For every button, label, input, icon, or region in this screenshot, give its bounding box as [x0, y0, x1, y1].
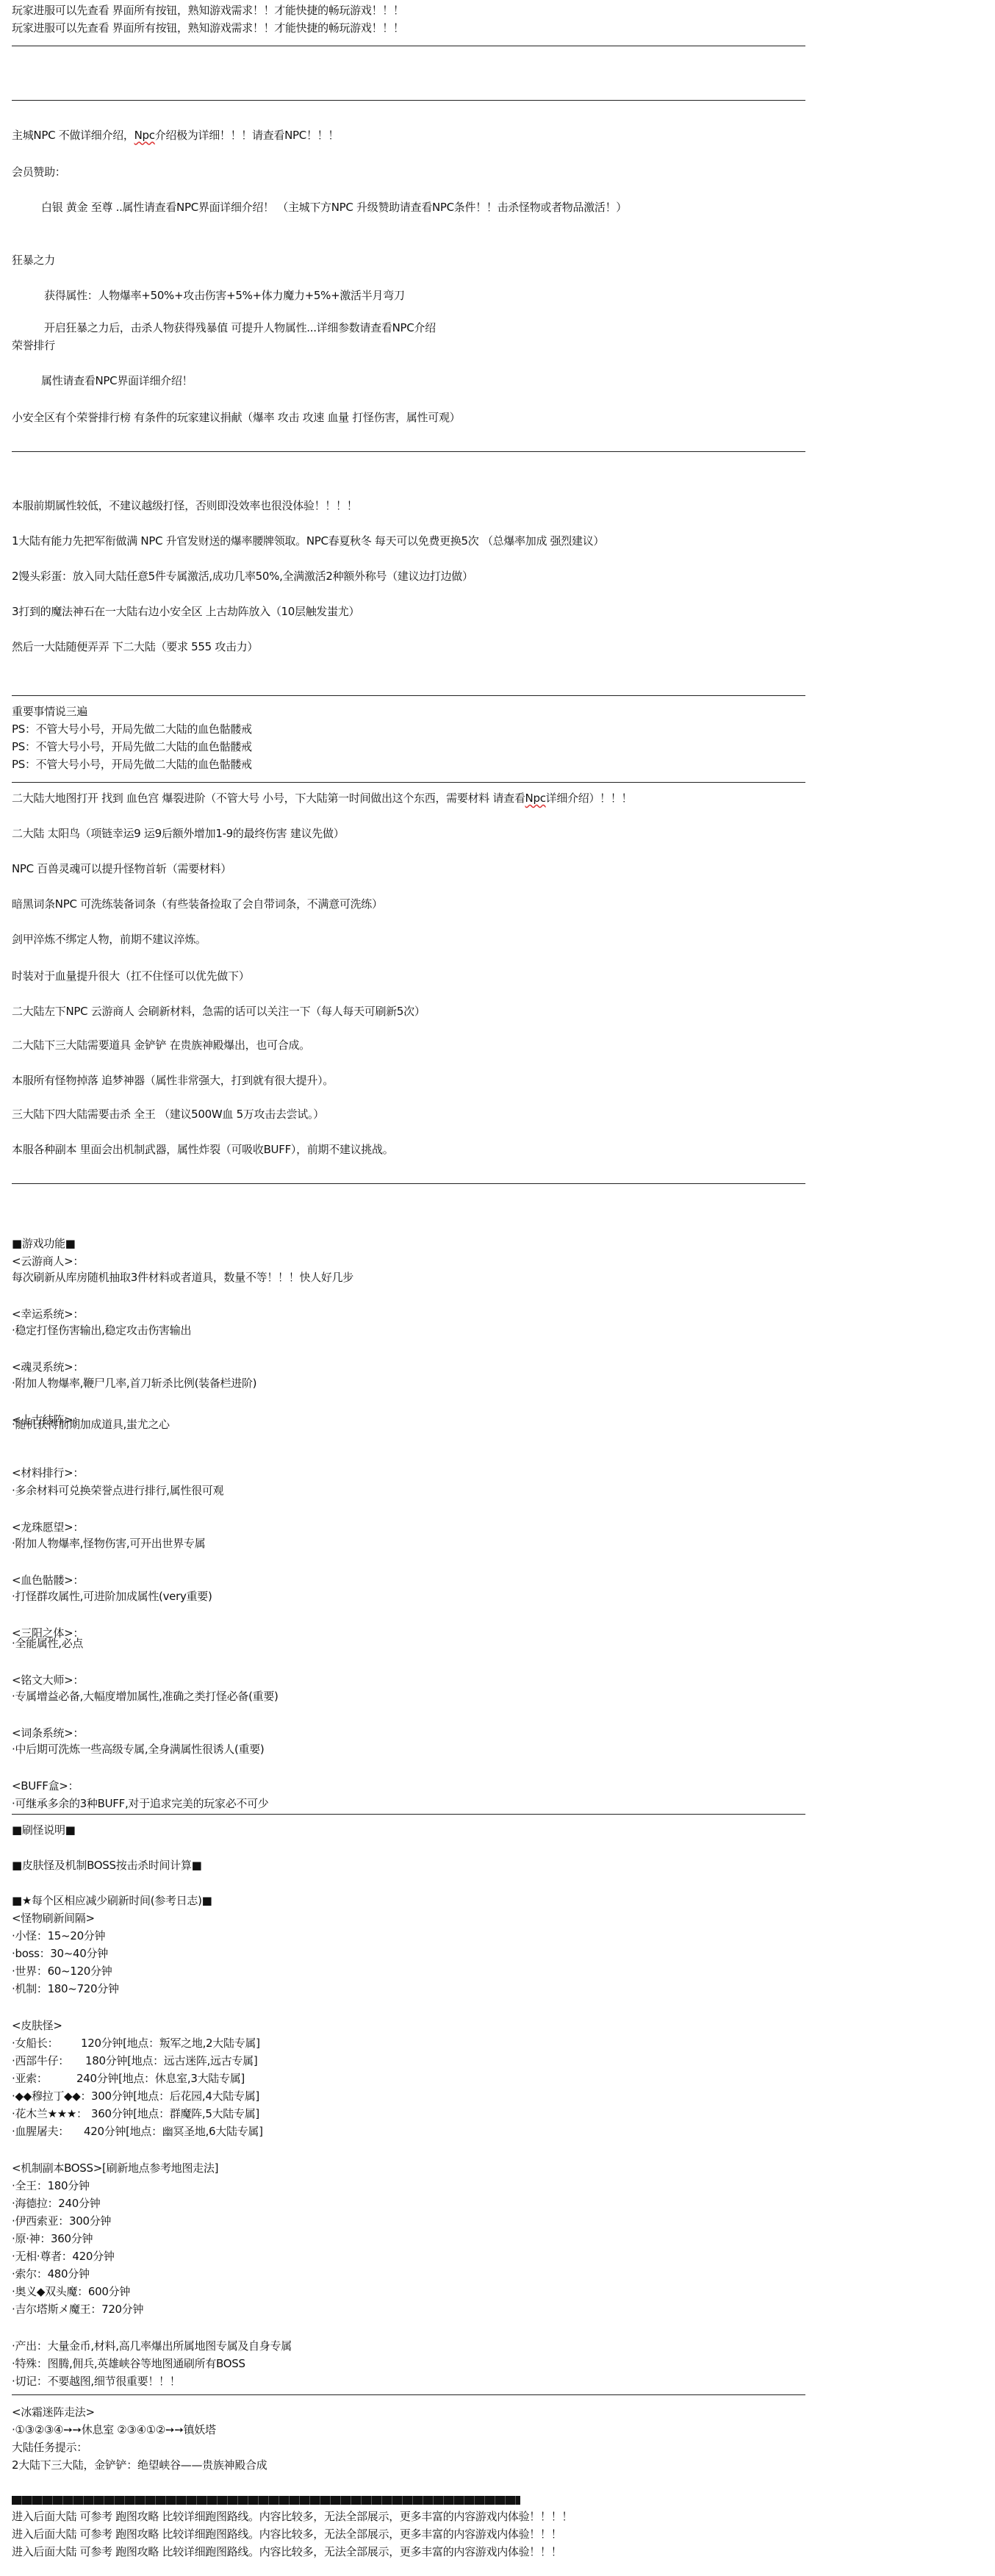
feature-name: <BUFF盒>： [12, 1779, 79, 1793]
interval-item: ·boss：30~40分钟 [12, 1946, 108, 1961]
continent2-line: 本服各种副本 里面会出机制武器，属性炸裂（可吸收BUFF），前期不建议挑战。 [12, 1142, 393, 1157]
tip-line: 本服前期属性较低，不建议越级打怪，否则即没效率也很没体验！！！！ [12, 498, 357, 513]
feature-name: <云游商人>： [12, 1254, 84, 1269]
spawn-footer: ·产出：大量金币,材料,高几率爆出所属地图专属及自身专属 [12, 2339, 292, 2353]
npc-note-before: 主城NPC 不做详细介绍， [12, 129, 134, 142]
feature-name: <材料排行>： [12, 1465, 84, 1480]
continent2-line: 二大陆下三大陆需要道具 金铲铲 在贵族神殿爆出，也可合成。 [12, 1038, 310, 1052]
feature-name: <铭文大师>： [12, 1673, 84, 1687]
continent2-line: 三大陆下四大陆需要击杀 全王 （建议500W血 5万攻击去尝试。） [12, 1107, 324, 1122]
berserk-title: 狂暴之力 [12, 253, 55, 268]
continent2-line: 暗黑词条NPC 可洗练装备词条（有些装备捡取了会自带词条，不满意可洗练） [12, 897, 383, 911]
berserk-attrs: 获得属性：人物爆率+50%+攻击伤害+5%+体力魔力+5%+激活半月弯刀 [44, 288, 405, 303]
map-line-npc-word: Npc [525, 792, 546, 805]
skin-info: 300分钟[地点：后花园,4大陆专属] [91, 2089, 259, 2103]
maze-task-title: 大陆任务提示： [12, 2440, 87, 2455]
separator [12, 782, 805, 783]
important-title: 重要事情说三遍 [12, 704, 87, 719]
skin-name: ·女船长： [12, 2036, 58, 2051]
continent2-line: NPC 百兽灵魂可以提升怪物首斩（需要材料） [12, 861, 231, 876]
continent2-line: 本服所有怪物掉落 追梦神器（属性非常强大，打到就有很大提升）。 [12, 1073, 334, 1088]
outro-line: 进入后面大陆 可参考 跑图攻略 比较详细跑图路线。内容比较多，无法全部展示，更多… [12, 2544, 561, 2559]
maze-task: 2大陆下三大陆，金铲铲：绝望峡谷——贵族神殿合成 [12, 2458, 267, 2472]
spawn-footer: ·特殊：图腾,佣兵,英雄峡谷等地图通刷所有BOSS [12, 2356, 245, 2371]
boss-item: ·伊西索亚：300分钟 [12, 2214, 111, 2228]
separator [12, 2394, 805, 2395]
map-line-before: 二大陆大地图打开 找到 血色宫 爆裂进阶（不管大号 小号，下大陆第一时间做出这个… [12, 792, 525, 805]
interval-item: ·世界：60~120分钟 [12, 1964, 112, 1978]
feature-name: <魂灵系统>： [12, 1360, 84, 1374]
skin-info: 180分钟[地点：远古迷阵,远古专属] [85, 2053, 257, 2068]
feature-desc: ·稳定打怪伤害输出,稳定攻击伤害输出 [12, 1323, 191, 1338]
tip-line: 2馒头彩蛋：放入同大陆任意5件专属激活,成功几率50%,全满激活2种额外称号（建… [12, 569, 473, 584]
outro-line: 进入后面大陆 可参考 跑图攻略 比较详细跑图路线。内容比较多，无法全部展示，更多… [12, 2527, 561, 2541]
boss-item: ·奥义◆双头魔：600分钟 [12, 2284, 130, 2299]
continent2-map-line: 二大陆大地图打开 找到 血色宫 爆裂进阶（不管大号 小号，下大陆第一时间做出这个… [12, 791, 632, 806]
skin-name: ·亚索： [12, 2071, 48, 2086]
skin-info: 420分钟[地点：幽冥圣地,6大陆专属] [84, 2124, 263, 2139]
berserk-desc: 开启狂暴之力后，击杀人物获得残暴值 可提升人物属性...详细参数请查看NPC介绍 [44, 320, 436, 335]
maze-route: ·①③②③④➙➙休息室 ②③④①②➙➙镇妖塔 [12, 2422, 216, 2437]
feature-desc: ·附加人物爆率,鞭尸几率,首刀斩杀比例(装备栏进阶) [12, 1376, 256, 1391]
boss-item: ·原·神：360分钟 [12, 2231, 93, 2246]
spawn-title: ■刷怪说明■ [12, 1823, 76, 1837]
feature-desc: ·多余材料可兑换荣誉点进行排行,属性很可观 [12, 1483, 223, 1498]
boss-item: ·索尔：480分钟 [12, 2267, 90, 2281]
feature-name: <词条系统>： [12, 1726, 84, 1740]
important-line: PS：不管大号小号，开局先做二大陆的血色骷髅戒 [12, 739, 252, 754]
membership-detail: 白银 黄金 至尊 ..属性请查看NPC界面详细介绍！ （主城下方NPC 升级赞助… [41, 200, 627, 215]
outro-line: 进入后面大陆 可参考 跑图攻略 比较详细跑图路线。内容比较多，无法全部展示，更多… [12, 2509, 572, 2524]
feature-desc: ·可继承多余的3种BUFF,对于追求完美的玩家必不可少 [12, 1796, 269, 1811]
important-line: PS：不管大号小号，开局先做二大陆的血色骷髅戒 [12, 757, 252, 772]
skin-name: ·西部牛仔： [12, 2053, 69, 2068]
separator [12, 451, 805, 452]
skin-info: 240分钟[地点：休息室,3大陆专属] [76, 2071, 245, 2086]
separator [12, 1814, 805, 1815]
tip-line: 3打到的魔法神石在一大陆右边小安全区 上古劫阵放入（10层触发蚩尤） [12, 604, 359, 619]
spawn-footer: ·切记：不要越图,细节很重要！！！ [12, 2374, 180, 2389]
tip-line: 然后一大陆随便弄弄 下二大陆（要求 555 攻击力） [12, 639, 258, 654]
feature-desc: 每次刷新从库房随机抽取3件材料或者道具，数量不等！！！快人好几步 [12, 1270, 353, 1285]
interval-item: ·机制：180~720分钟 [12, 1981, 119, 1996]
separator [12, 46, 805, 46]
skin-name: ·花木兰★★★： [12, 2106, 87, 2121]
continent2-line: 时装对于血量提升很大（扛不住怪可以优先做下） [12, 969, 249, 983]
feature-desc: ·打怪群攻属性,可进阶加成属性(very重要) [12, 1589, 212, 1604]
membership-title: 会员赞助： [12, 165, 66, 179]
continent2-line: 二大陆左下NPC 云游商人 会刷新材料，急需的话可以关注一下（每人每天可刷新5次… [12, 1004, 425, 1019]
npc-note-npc-word: Npc [134, 129, 155, 142]
separator [12, 695, 805, 696]
honor-note: 小安全区有个荣誉排行榜 有条件的玩家建议捐献（爆率 攻击 攻速 血量 打怪伤害，… [12, 410, 460, 425]
feature-name: <血色骷髅>： [12, 1573, 84, 1587]
feature-desc: ·附加人物爆率,怪物伤害,可开出世界专属 [12, 1536, 205, 1551]
honor-title: 荣誉排行 [12, 338, 55, 353]
separator [12, 1183, 805, 1184]
boss-item: ·海德拉：240分钟 [12, 2196, 100, 2211]
feature-name: <幸运系统>： [12, 1307, 84, 1321]
interval-title: <怪物刷新间隔> [12, 1911, 95, 1926]
intro-line-2: 玩家进服可以先查看 界面所有按钮，熟知游戏需求！！才能快捷的畅玩游戏！！！ [12, 21, 404, 35]
boss-item: ·吉尔塔斯メ魔王：720分钟 [12, 2302, 143, 2317]
interval-item: ·小怪：15~20分钟 [12, 1929, 105, 1943]
continent2-line: 二大陆 太阳鸟（项链幸运9 运9后额外增加1-9的最终伤害 建议先做） [12, 826, 344, 841]
npc-note-after: 介绍极为详细！！！请查看NPC！！！ [155, 129, 339, 142]
feature-desc-visible: ·随机获得前期加成道具,蚩尤之心 [12, 1417, 170, 1432]
continent2-line: 剑甲淬炼不绑定人物，前期不建议淬炼。 [12, 932, 206, 947]
skin-title: <皮肤怪> [12, 2018, 62, 2033]
boss-item: ·全王：180分钟 [12, 2178, 90, 2193]
tip-line: 1大陆有能力先把军衔做满 NPC 升官发财送的爆率腰牌领取。NPC春夏秋冬 每天… [12, 534, 604, 548]
honor-detail: 属性请查看NPC界面详细介绍！ [41, 373, 193, 388]
map-line-after: 详细介绍）！！！ [546, 792, 633, 805]
feature-desc: ·专属增益必备,大幅度增加属性,准确之类打怪必备(重要) [12, 1689, 279, 1704]
skin-info: 120分钟[地点：叛军之地,2大陆专属] [81, 2036, 260, 2051]
boss-item: ·无相·尊者：420分钟 [12, 2249, 115, 2264]
boss-title: <机制副本BOSS>[刷新地点参考地图走法] [12, 2161, 218, 2175]
feature-name: <龙珠愿望>： [12, 1520, 84, 1535]
npc-note: 主城NPC 不做详细介绍，Npc介绍极为详细！！！请查看NPC！！！ [12, 128, 339, 143]
maze-title: <冰霜迷阵走法> [12, 2405, 95, 2419]
features-title: ■游戏功能■ [12, 1236, 76, 1251]
important-line: PS：不管大号小号，开局先做二大陆的血色骷髅戒 [12, 722, 252, 736]
intro-line-1: 玩家进服可以先查看 界面所有按钮，熟知游戏需求！！才能快捷的畅玩游戏！！！ [12, 3, 404, 18]
spawn-note: ■★每个区相应减少刷新时间(参考日志)■ [12, 1893, 212, 1908]
skin-name: ·◆◆穆拉丁◆◆： [12, 2089, 91, 2103]
skin-name: ·血腥屠夫： [12, 2124, 69, 2139]
spawn-subtitle: ■皮肤怪及机制BOSS按击杀时间计算■ [12, 1858, 202, 1873]
black-divider-bar [12, 2496, 520, 2505]
feature-desc: ·全能属性,必点 [12, 1636, 83, 1651]
separator [12, 100, 805, 101]
skin-info: 360分钟[地点：群魔阵,5大陆专属] [91, 2106, 259, 2121]
feature-desc: ·中后期可洗炼一些高级专属,全身满属性很诱人(重要) [12, 1742, 264, 1757]
